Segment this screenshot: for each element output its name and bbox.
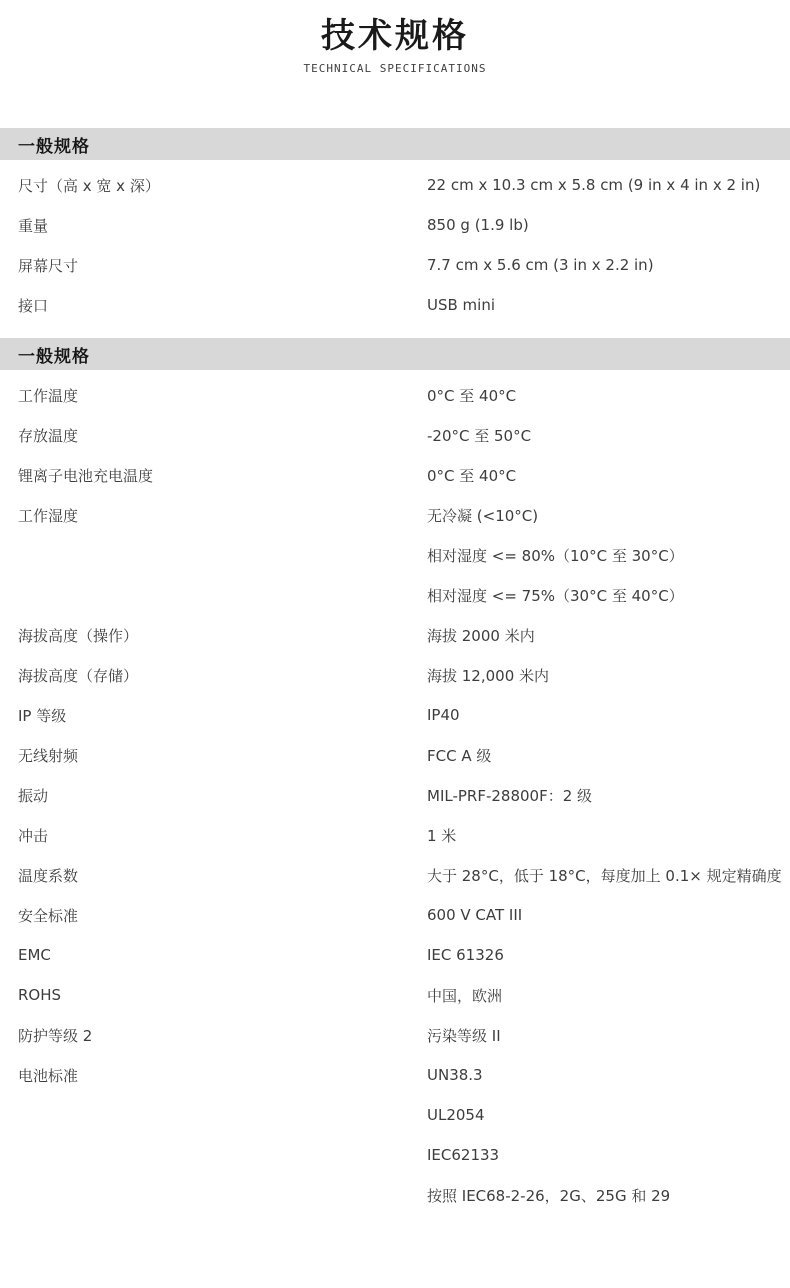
- spec-row: 接口 USB mini: [0, 285, 790, 325]
- spec-value: -20°C 至 50°C: [427, 425, 790, 446]
- spec-value: UN38.3: [427, 1066, 790, 1084]
- spec-row: 安全标准 600 V CAT III: [0, 895, 790, 935]
- spec-section-1: 一般规格 工作温度 0°C 至 40°C 存放温度 -20°C 至 50°C 锂…: [0, 338, 790, 1228]
- spec-row: 工作湿度 无冷凝 (<10°C): [0, 495, 790, 535]
- spec-label: 工作温度: [0, 385, 427, 406]
- spec-row: 振动 MIL-PRF-28800F：2 级: [0, 775, 790, 815]
- spec-value: FCC A 级: [427, 745, 790, 766]
- spec-value: 海拔 2000 米内: [427, 625, 790, 646]
- spec-value: 0°C 至 40°C: [427, 465, 790, 486]
- spec-label: 安全标准: [0, 905, 427, 926]
- spec-label: 振动: [0, 785, 427, 806]
- spec-label: 海拔高度（存储）: [0, 665, 427, 686]
- spec-row: 无线射频 FCC A 级: [0, 735, 790, 775]
- spec-row: 相对湿度 <= 75%（30°C 至 40°C）: [0, 575, 790, 615]
- spec-label: 电池标准: [0, 1065, 427, 1086]
- section-heading-bar: 一般规格: [0, 338, 790, 370]
- spec-label: 锂离子电池充电温度: [0, 465, 427, 486]
- spec-sections: 一般规格 尺寸（高 x 宽 x 深） 22 cm x 10.3 cm x 5.8…: [0, 128, 790, 1228]
- page-header: 技术规格 TECHNICAL SPECIFICATIONS: [0, 0, 790, 128]
- spec-value: 0°C 至 40°C: [427, 385, 790, 406]
- spec-row: 电池标准 UN38.3: [0, 1055, 790, 1095]
- spec-value: 按照 IEC68-2-26，2G、25G 和 29: [427, 1185, 790, 1206]
- spec-label: 屏幕尺寸: [0, 255, 427, 276]
- spec-value: USB mini: [427, 296, 790, 314]
- spec-label: 温度系数: [0, 865, 427, 886]
- spec-value: 1 米: [427, 825, 790, 846]
- spec-row: 尺寸（高 x 宽 x 深） 22 cm x 10.3 cm x 5.8 cm (…: [0, 165, 790, 205]
- spec-value: IP40: [427, 706, 790, 724]
- section-heading-bar: 一般规格: [0, 128, 790, 160]
- spec-row: 防护等级 2 污染等级 II: [0, 1015, 790, 1055]
- spec-row: 锂离子电池充电温度 0°C 至 40°C: [0, 455, 790, 495]
- spec-rows: 工作温度 0°C 至 40°C 存放温度 -20°C 至 50°C 锂离子电池充…: [0, 370, 790, 1228]
- spec-row: IP 等级 IP40: [0, 695, 790, 735]
- spec-label: 海拔高度（操作）: [0, 625, 427, 646]
- spec-value: 中国，欧洲: [427, 985, 790, 1006]
- spec-row: 屏幕尺寸 7.7 cm x 5.6 cm (3 in x 2.2 in): [0, 245, 790, 285]
- spec-row: 存放温度 -20°C 至 50°C: [0, 415, 790, 455]
- spec-row: 海拔高度（存储） 海拔 12,000 米内: [0, 655, 790, 695]
- spec-row: 工作温度 0°C 至 40°C: [0, 375, 790, 415]
- spec-row: EMC IEC 61326: [0, 935, 790, 975]
- spec-value: 大于 28°C，低于 18°C，每度加上 0.1× 规定精确度: [427, 865, 790, 886]
- spec-row: 按照 IEC68-2-26，2G、25G 和 29: [0, 1175, 790, 1215]
- spec-value: 850 g (1.9 lb): [427, 216, 790, 234]
- spec-label: 重量: [0, 215, 427, 236]
- spec-label: EMC: [0, 946, 427, 964]
- spec-page: 技术规格 TECHNICAL SPECIFICATIONS 一般规格 尺寸（高 …: [0, 0, 790, 1288]
- spec-row: UL2054: [0, 1095, 790, 1135]
- page-subtitle: TECHNICAL SPECIFICATIONS: [0, 62, 790, 75]
- spec-rows: 尺寸（高 x 宽 x 深） 22 cm x 10.3 cm x 5.8 cm (…: [0, 160, 790, 338]
- spec-value: UL2054: [427, 1106, 790, 1124]
- spec-row: IEC62133: [0, 1135, 790, 1175]
- spec-value: 相对湿度 <= 80%（10°C 至 30°C）: [427, 545, 790, 566]
- section-heading: 一般规格: [18, 342, 90, 367]
- spec-label: 防护等级 2: [0, 1025, 427, 1046]
- spec-value: IEC 61326: [427, 946, 790, 964]
- spec-row: ROHS 中国，欧洲: [0, 975, 790, 1015]
- spec-label: 尺寸（高 x 宽 x 深）: [0, 175, 427, 196]
- spec-value: 海拔 12,000 米内: [427, 665, 790, 686]
- spec-label: 存放温度: [0, 425, 427, 446]
- spec-row: 重量 850 g (1.9 lb): [0, 205, 790, 245]
- spec-label: ROHS: [0, 986, 427, 1004]
- spec-row: 温度系数 大于 28°C，低于 18°C，每度加上 0.1× 规定精确度: [0, 855, 790, 895]
- spec-label: 无线射频: [0, 745, 427, 766]
- spec-label: 工作湿度: [0, 505, 427, 526]
- spec-value: MIL-PRF-28800F：2 级: [427, 785, 790, 806]
- spec-row: 海拔高度（操作） 海拔 2000 米内: [0, 615, 790, 655]
- page-title: 技术规格: [0, 15, 790, 58]
- spec-row: 冲击 1 米: [0, 815, 790, 855]
- spec-value: IEC62133: [427, 1146, 790, 1164]
- spec-label: IP 等级: [0, 705, 427, 726]
- section-heading: 一般规格: [18, 132, 90, 157]
- spec-label: 冲击: [0, 825, 427, 846]
- spec-value: 600 V CAT III: [427, 906, 790, 924]
- spec-label: 接口: [0, 295, 427, 316]
- spec-value: 无冷凝 (<10°C): [427, 505, 790, 526]
- spec-value: 7.7 cm x 5.6 cm (3 in x 2.2 in): [427, 256, 790, 274]
- spec-section-0: 一般规格 尺寸（高 x 宽 x 深） 22 cm x 10.3 cm x 5.8…: [0, 128, 790, 338]
- spec-value: 污染等级 II: [427, 1025, 790, 1046]
- spec-value: 22 cm x 10.3 cm x 5.8 cm (9 in x 4 in x …: [427, 176, 790, 194]
- spec-value: 相对湿度 <= 75%（30°C 至 40°C）: [427, 585, 790, 606]
- spec-row: 相对湿度 <= 80%（10°C 至 30°C）: [0, 535, 790, 575]
